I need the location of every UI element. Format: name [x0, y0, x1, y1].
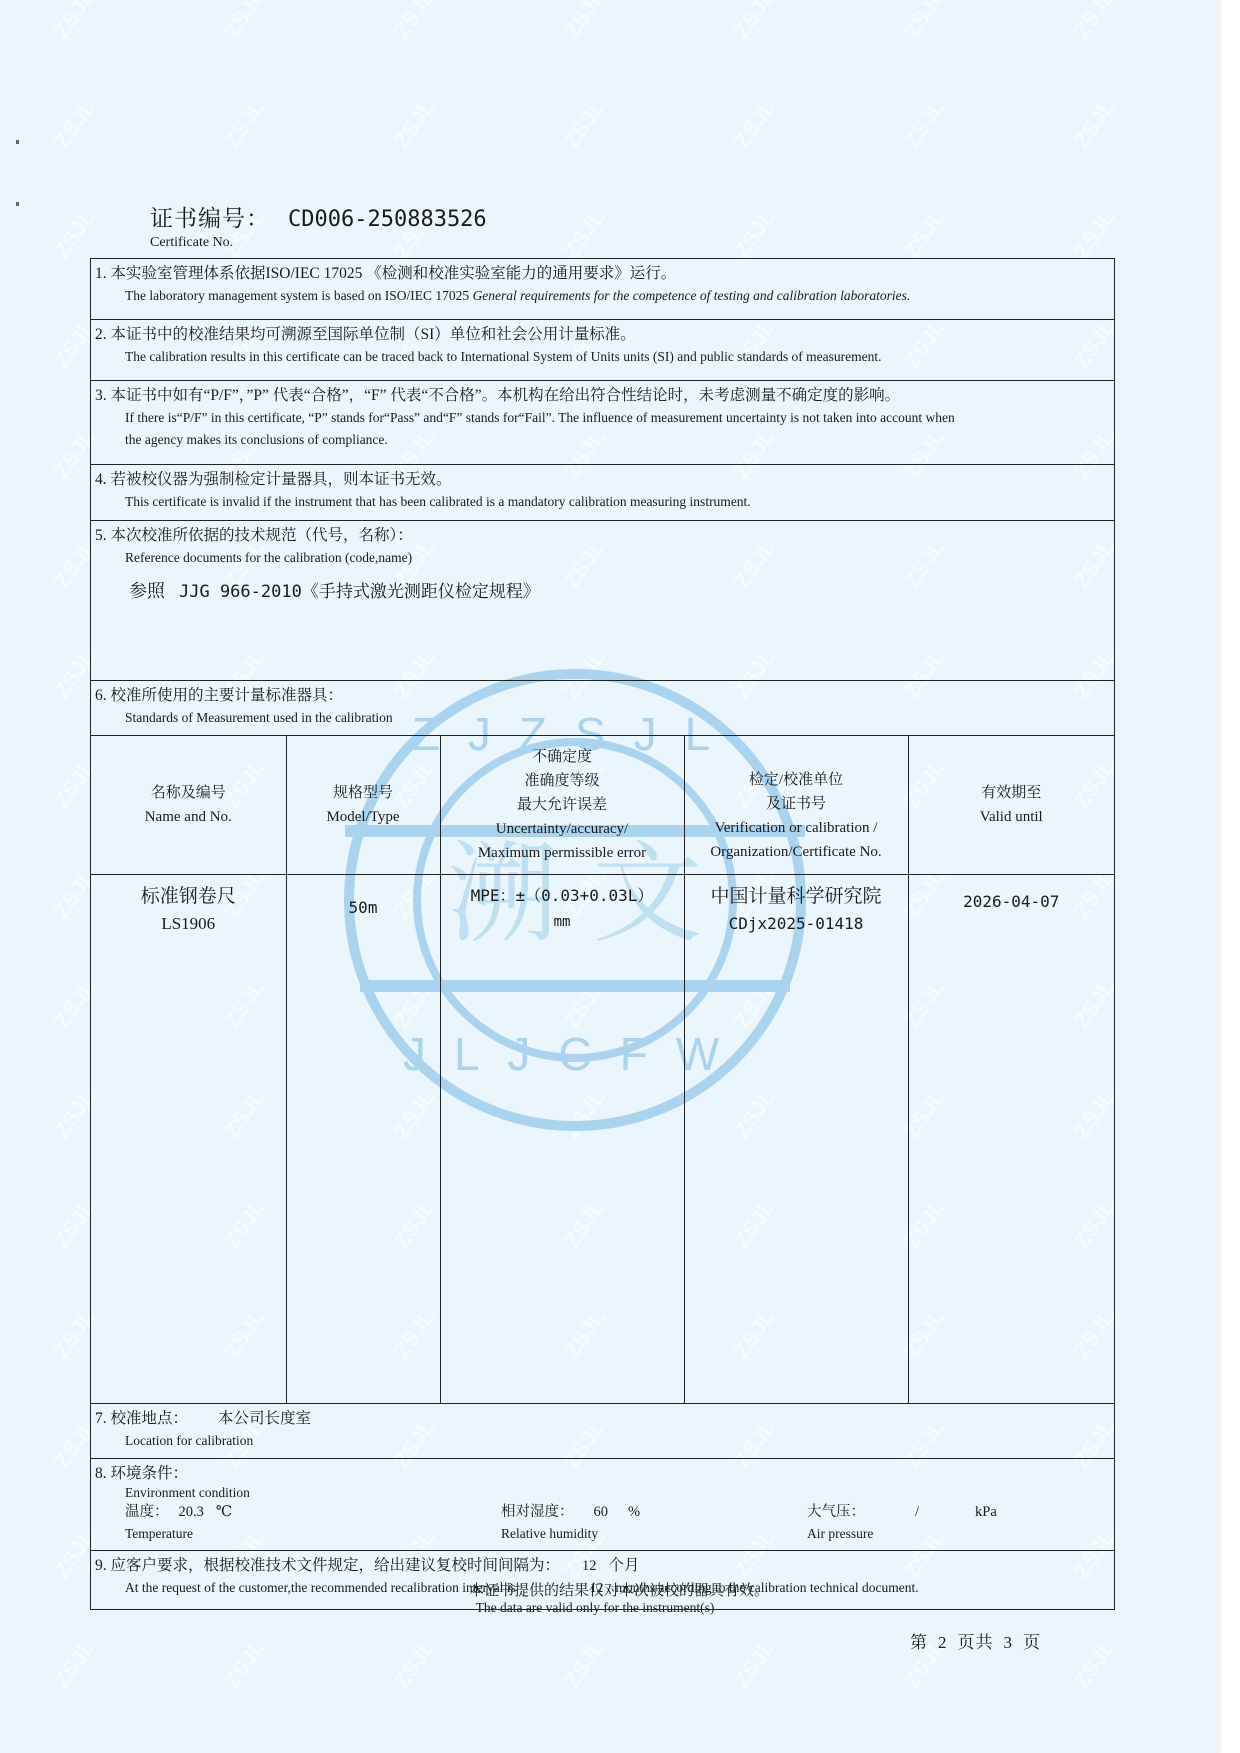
section-4-zh: 4. 若被校仪器为强制检定计量器具，则本证书无效。 — [95, 469, 1108, 491]
certificate-number-label: 证书编号： — [150, 206, 270, 231]
svg-text:ZSJL: ZSJL — [559, 0, 610, 43]
standards-table: 名称及编号 Name and No. 规格型号 Model/Type 不确定度 … — [91, 736, 1114, 1403]
col-header-model-zh: 规格型号 — [289, 781, 438, 805]
col-header-uncertainty: 不确定度 准确度等级 最大允许误差 Uncertainty/accuracy/ … — [440, 736, 684, 875]
svg-text:ZSJL: ZSJL — [559, 204, 610, 262]
svg-text:ZSJL: ZSJL — [219, 0, 270, 43]
svg-text:ZSJL: ZSJL — [49, 204, 100, 262]
svg-text:ZSJL: ZSJL — [219, 94, 270, 152]
section-5: 5. 本次校准所依据的技术规范（代号，名称）： Reference docume… — [91, 521, 1114, 681]
reference-code: JJG 966-2010《手持式激光测距仪检定规程》 — [179, 582, 540, 602]
pressure-value: / — [915, 1501, 919, 1523]
page-total: 3 — [1004, 1633, 1014, 1652]
section-8: 8. 环境条件： Environment condition 温度：20.3℃ … — [91, 1459, 1114, 1551]
temperature-label-en: Temperature — [125, 1523, 501, 1545]
certificate-body-frame: 1. 本实验室管理体系依据ISO/IEC 17025 《检测和校准实验室能力的通… — [90, 258, 1115, 1610]
col-header-uncertainty-en2: Maximum permissible error — [443, 841, 682, 865]
scan-speck — [16, 202, 19, 206]
col-header-model: 规格型号 Model/Type — [286, 736, 440, 875]
temperature-label: 温度： — [125, 1504, 169, 1520]
svg-text:ZSJL: ZSJL — [389, 0, 440, 43]
humidity-unit: % — [628, 1504, 640, 1520]
svg-text:ZSJL: ZSJL — [389, 1634, 440, 1692]
col-header-valid-until-en: Valid until — [911, 805, 1113, 829]
reference-prefix: 参照 — [129, 581, 165, 601]
section-1-en-italic: General requirements for the competence … — [473, 288, 911, 303]
section-7: 7. 校准地点：本公司长度室 Location for calibration — [91, 1404, 1114, 1459]
section-9-zh: 9. 应客户要求，根据校准技术文件规定，给出建议复校时间间隔为： — [95, 1557, 560, 1574]
cell-name: 标准钢卷尺 LS1906 — [91, 875, 286, 1404]
col-header-organization-zh1: 检定/校准单位 — [687, 768, 906, 792]
section-8-en: Environment condition — [95, 1485, 1108, 1501]
table-header-row: 名称及编号 Name and No. 规格型号 Model/Type 不确定度 … — [91, 736, 1114, 875]
svg-text:ZSJL: ZSJL — [219, 1634, 270, 1692]
humidity-block: 相对湿度：60% Relative humidity — [501, 1501, 807, 1545]
pressure-label: 大气压： — [807, 1504, 865, 1520]
svg-text:ZSJL: ZSJL — [1069, 94, 1120, 152]
validity-note-zh: 本证书提供的结果仅对本次被校的器具有效。 — [20, 1579, 1218, 1600]
humidity-value: 60 — [594, 1501, 609, 1523]
cell-organization: 中国计量科学研究院 CDjx2025-01418 — [684, 875, 908, 1404]
reference-document: 参照JJG 966-2010《手持式激光测距仪检定规程》 — [95, 577, 1108, 603]
section-6-zh: 6. 校准所使用的主要计量标准器具： — [95, 685, 1108, 707]
standard-mpe: MPE：±（0.03+0.03L） — [443, 883, 682, 909]
certificate-page: ZSJLZSJLZSJLZSJLZSJLZSJLZSJLZSJLZSJLZSJL… — [0, 0, 1218, 1753]
temperature-block: 温度：20.3℃ Temperature — [125, 1501, 501, 1545]
page-current: 2 — [938, 1633, 948, 1652]
col-header-uncertainty-zh3: 最大允许误差 — [443, 793, 682, 817]
recalibration-unit: 个月 — [609, 1557, 640, 1574]
col-header-uncertainty-zh1: 不确定度 — [443, 745, 682, 769]
section-5-zh: 5. 本次校准所依据的技术规范（代号，名称）： — [95, 525, 1108, 547]
svg-text:ZSJL: ZSJL — [49, 1634, 100, 1692]
certificate-number: CD006-250883526 — [288, 207, 487, 232]
table-row: 标准钢卷尺 LS1906 50m MPE：±（0.03+0.03L） mm 中国… — [91, 875, 1114, 1404]
section-5-en: Reference documents for the calibration … — [95, 547, 1108, 569]
svg-text:ZSJL: ZSJL — [899, 0, 950, 43]
standard-model: 50m — [289, 895, 438, 921]
scan-speck — [16, 140, 19, 144]
standards-table-wrapper: 名称及编号 Name and No. 规格型号 Model/Type 不确定度 … — [91, 736, 1114, 1404]
svg-text:ZSJL: ZSJL — [1069, 1634, 1120, 1692]
section-6-heading: 6. 校准所使用的主要计量标准器具： Standards of Measurem… — [91, 681, 1114, 736]
section-1-zh: 1. 本实验室管理体系依据ISO/IEC 17025 《检测和校准实验室能力的通… — [95, 263, 1108, 285]
calibration-location: 本公司长度室 — [218, 1410, 311, 1427]
svg-text:ZSJL: ZSJL — [389, 94, 440, 152]
standard-organization: 中国计量科学研究院 — [687, 883, 906, 911]
col-header-uncertainty-en1: Uncertainty/accuracy/ — [443, 817, 682, 841]
certificate-number-label-en: Certificate No. — [150, 235, 487, 251]
col-header-name: 名称及编号 Name and No. — [91, 736, 286, 875]
col-header-organization: 检定/校准单位 及证书号 Verification or calibration… — [684, 736, 908, 875]
col-header-valid-until-zh: 有效期至 — [911, 781, 1113, 805]
svg-text:ZSJL: ZSJL — [729, 0, 780, 43]
svg-text:ZSJL: ZSJL — [899, 204, 950, 262]
svg-text:ZSJL: ZSJL — [899, 94, 950, 152]
section-3-en-line2: the agency makes its conclusions of comp… — [95, 429, 1108, 451]
col-header-name-zh: 名称及编号 — [93, 781, 284, 805]
certificate-number-block: 证书编号：CD006-250883526 Certificate No. — [150, 200, 487, 251]
section-7-en: Location for calibration — [95, 1430, 1108, 1452]
col-header-organization-en1: Verification or calibration / — [687, 816, 906, 840]
svg-text:ZSJL: ZSJL — [49, 0, 100, 43]
pressure-label-en: Air pressure — [807, 1523, 997, 1545]
humidity-label: 相对湿度： — [501, 1504, 574, 1520]
section-6-en: Standards of Measurement used in the cal… — [95, 707, 1108, 729]
col-header-organization-en2: Organization/Certificate No. — [687, 840, 906, 864]
section-8-zh: 8. 环境条件： — [95, 1463, 1108, 1485]
svg-text:ZSJL: ZSJL — [1069, 204, 1120, 262]
section-3-zh: 3. 本证书中如有“P/F”，”P” 代表“合格”，“F” 代表“不合格”。本机… — [95, 385, 1108, 407]
environment-values: 温度：20.3℃ Temperature 相对湿度：60% Relative h… — [95, 1501, 1108, 1545]
col-header-uncertainty-zh2: 准确度等级 — [443, 769, 682, 793]
standard-certificate-no: CDjx2025-01418 — [687, 911, 906, 937]
standard-mpe-unit: mm — [443, 909, 682, 935]
page-mid: 页共 — [958, 1633, 994, 1652]
page-suffix: 页 — [1023, 1633, 1041, 1652]
svg-text:ZSJL: ZSJL — [1069, 0, 1120, 43]
standard-number: LS1906 — [93, 911, 284, 937]
col-header-valid-until: 有效期至 Valid until — [908, 736, 1114, 875]
cell-model: 50m — [286, 875, 440, 1404]
pressure-block: 大气压：/kPa Air pressure — [807, 1501, 997, 1545]
temperature-value: 20.3 — [179, 1501, 204, 1523]
section-4: 4. 若被校仪器为强制检定计量器具，则本证书无效。 This certifica… — [91, 465, 1114, 521]
temperature-unit: ℃ — [216, 1504, 232, 1520]
svg-text:ZSJL: ZSJL — [729, 204, 780, 262]
section-2-zh: 2. 本证书中的校准结果均可溯源至国际单位制（SI）单位和社会公用计量标准。 — [95, 324, 1108, 346]
cell-valid-until: 2026-04-07 — [908, 875, 1114, 1404]
section-3: 3. 本证书中如有“P/F”，”P” 代表“合格”，“F” 代表“不合格”。本机… — [91, 381, 1114, 465]
svg-text:ZSJL: ZSJL — [729, 1634, 780, 1692]
section-1: 1. 本实验室管理体系依据ISO/IEC 17025 《检测和校准实验室能力的通… — [91, 259, 1114, 320]
section-1-en-text: The laboratory management system is base… — [125, 288, 473, 303]
section-4-en: This certificate is invalid if the instr… — [95, 491, 1108, 513]
page-prefix: 第 — [910, 1633, 928, 1652]
col-header-model-en: Model/Type — [289, 805, 438, 829]
svg-text:ZSJL: ZSJL — [49, 94, 100, 152]
svg-text:ZSJL: ZSJL — [559, 1634, 610, 1692]
pressure-unit: kPa — [975, 1504, 997, 1520]
section-3-en-line1: If there is“P/F” in this certificate, “P… — [95, 407, 1108, 429]
humidity-label-en: Relative humidity — [501, 1523, 807, 1545]
col-header-name-en: Name and No. — [93, 805, 284, 829]
validity-note: 本证书提供的结果仅对本次被校的器具有效。 The data are valid … — [0, 1579, 1218, 1616]
section-2: 2. 本证书中的校准结果均可溯源至国际单位制（SI）单位和社会公用计量标准。 T… — [91, 320, 1114, 381]
svg-text:ZSJL: ZSJL — [559, 94, 610, 152]
section-2-en: The calibration results in this certific… — [95, 346, 1108, 368]
section-1-en: The laboratory management system is base… — [95, 285, 1108, 307]
page-indicator: 第2页共3页 — [905, 1628, 1046, 1653]
cell-mpe: MPE：±（0.03+0.03L） mm — [440, 875, 684, 1404]
standard-name: 标准钢卷尺 — [93, 883, 284, 911]
section-7-zh: 7. 校准地点： — [95, 1410, 188, 1427]
recalibration-interval: 12 — [582, 1558, 597, 1574]
validity-note-en: The data are valid only for the instrume… — [0, 1600, 1218, 1616]
svg-text:ZSJL: ZSJL — [729, 94, 780, 152]
standard-valid-until: 2026-04-07 — [911, 889, 1113, 915]
col-header-organization-zh2: 及证书号 — [687, 792, 906, 816]
